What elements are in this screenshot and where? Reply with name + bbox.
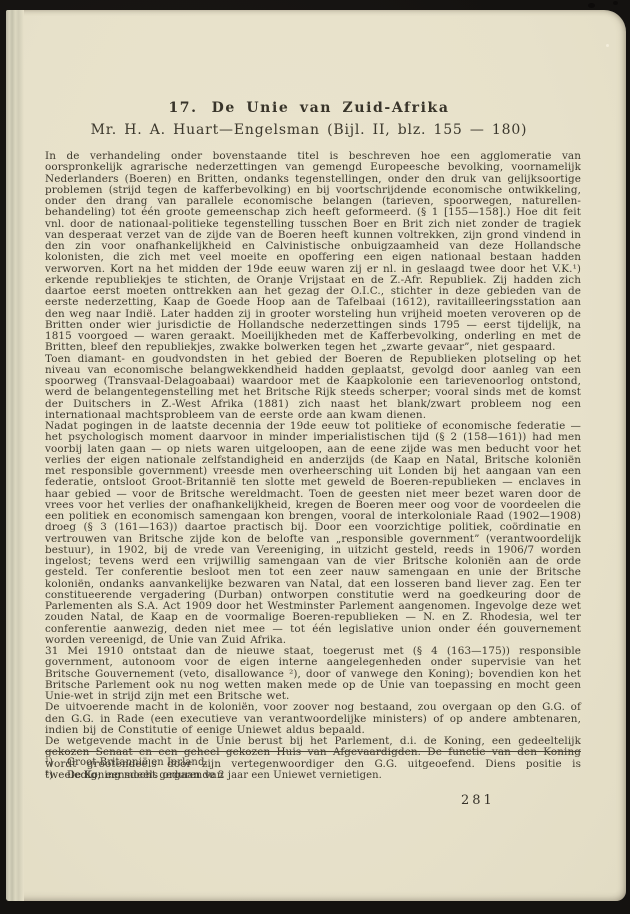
paragraph: In de verhandeling onder bovenstaande ti… <box>45 151 581 354</box>
footnote-text: De Koning mocht gedurende 2 jaar een Uni… <box>67 769 382 782</box>
footnote: ¹) Groot-Britannië en Ierland. <box>45 756 581 769</box>
chapter-title: De Unie van Zuid-Afrika <box>212 100 450 116</box>
paragraph: 31 Mei 1910 ontstaat dan de nieuwe staat… <box>45 646 581 702</box>
scan-speck <box>613 1 618 5</box>
page-spine-edge <box>6 10 24 901</box>
chapter-heading: 17.De Unie van Zuid-Afrika Mr. H. A. Hua… <box>39 100 579 138</box>
chapter-subtitle: Mr. H. A. Huart—Engelsman (Bijl. II, blz… <box>39 122 579 138</box>
scan-speck <box>606 44 609 47</box>
chapter-title-line: 17.De Unie van Zuid-Afrika <box>39 100 579 116</box>
chapter-number: 17. <box>168 100 197 116</box>
scanned-book-photo: 17.De Unie van Zuid-Afrika Mr. H. A. Hua… <box>0 0 630 914</box>
page-number: 281 <box>461 793 495 808</box>
footnote: ²) De Koning mocht gedurende 2 jaar een … <box>45 769 581 782</box>
body-text: In de verhandeling onder bovenstaande ti… <box>45 151 581 781</box>
paragraph: Nadat pogingen in de laatste decennia de… <box>45 421 581 646</box>
book-page: 17.De Unie van Zuid-Afrika Mr. H. A. Hua… <box>6 10 626 901</box>
footnote-divider <box>45 751 581 752</box>
footnote-text: Groot-Britannië en Ierland. <box>67 756 208 769</box>
scan-speck <box>588 3 595 8</box>
footnote-marker: ¹) <box>45 756 67 769</box>
footnote-block: ¹) Groot-Britannië en Ierland. ²) De Kon… <box>45 751 581 782</box>
paragraph: De uitvoerende macht in de koloniën, voo… <box>45 702 581 736</box>
paragraph: Toen diamant- en goudvondsten in het geb… <box>45 354 581 422</box>
footnote-marker: ²) <box>45 769 67 782</box>
